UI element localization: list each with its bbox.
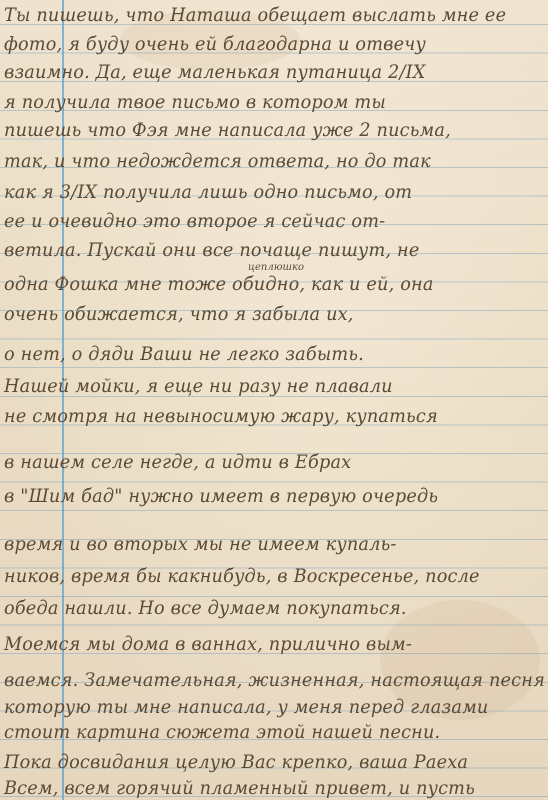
letter-line-9: ветила. Пускай они все почаще пишут, не xyxy=(4,236,519,265)
letter-line-4: я получила твое письмо в котором ты xyxy=(4,88,519,117)
letter-line-7: как я 3/IX получила лишь одно письмо, от xyxy=(4,178,519,207)
letter-line-14: не смотря на невыносимую жару, купаться xyxy=(4,402,519,431)
letter-line-16: в "Шим бад" нужно имеет в первую очередь xyxy=(4,482,519,511)
letter-line-1: Ты пишешь, что Наташа обещает выслать мн… xyxy=(4,1,519,30)
letter-line-21: ваемся. Замечательная, жизненная, настоя… xyxy=(4,666,519,695)
letter-line-23: стоит картина сюжета этой нашей песни. xyxy=(4,718,519,747)
letter-line-18: ников, время бы какнибудь, в Воскресенье… xyxy=(4,562,519,591)
letter-line-11: очень обижается, что я забыла их, xyxy=(4,300,519,329)
letter-line-12: о нет, о дяди Ваши не легко забыть. xyxy=(4,340,519,369)
letter-line-10: одна Фошка мне тоже обидно, как и ей, он… xyxy=(4,270,519,299)
letter-line-13: Нашей мойки, я еще ни разу не плавали xyxy=(4,372,519,401)
letter-line-15: в нашем селе негде, а идти в Ебрах xyxy=(4,448,519,477)
letter-line-3: взаимно. Да, еще маленькая путаница 2/IX xyxy=(4,58,519,87)
letter-line-8: ее и очевидно это второе я сейчас от- xyxy=(4,207,519,236)
letter-line-2: фото, я буду очень ей благодарна и отвеч… xyxy=(4,30,519,59)
letter-line-20: Моемся мы дома в ваннах, прилично вым- xyxy=(4,630,519,659)
letter-page: Ты пишешь, что Наташа обещает выслать мн… xyxy=(0,0,548,800)
letter-line-24: Пока досвидания целую Вас крепко, ваша Р… xyxy=(4,748,519,777)
letter-line-19: обеда нашли. Но все думаем покупаться. xyxy=(4,594,519,623)
letter-line-25: Всем, всем горячий пламенный привет, и п… xyxy=(4,774,519,800)
letter-line-5: пишешь что Фэя мне написала уже 2 письма… xyxy=(4,116,519,145)
letter-line-6: так, и что недождется ответа, но до так xyxy=(4,147,519,176)
letter-line-17: время и во вторых мы не имеем купаль- xyxy=(4,530,519,559)
